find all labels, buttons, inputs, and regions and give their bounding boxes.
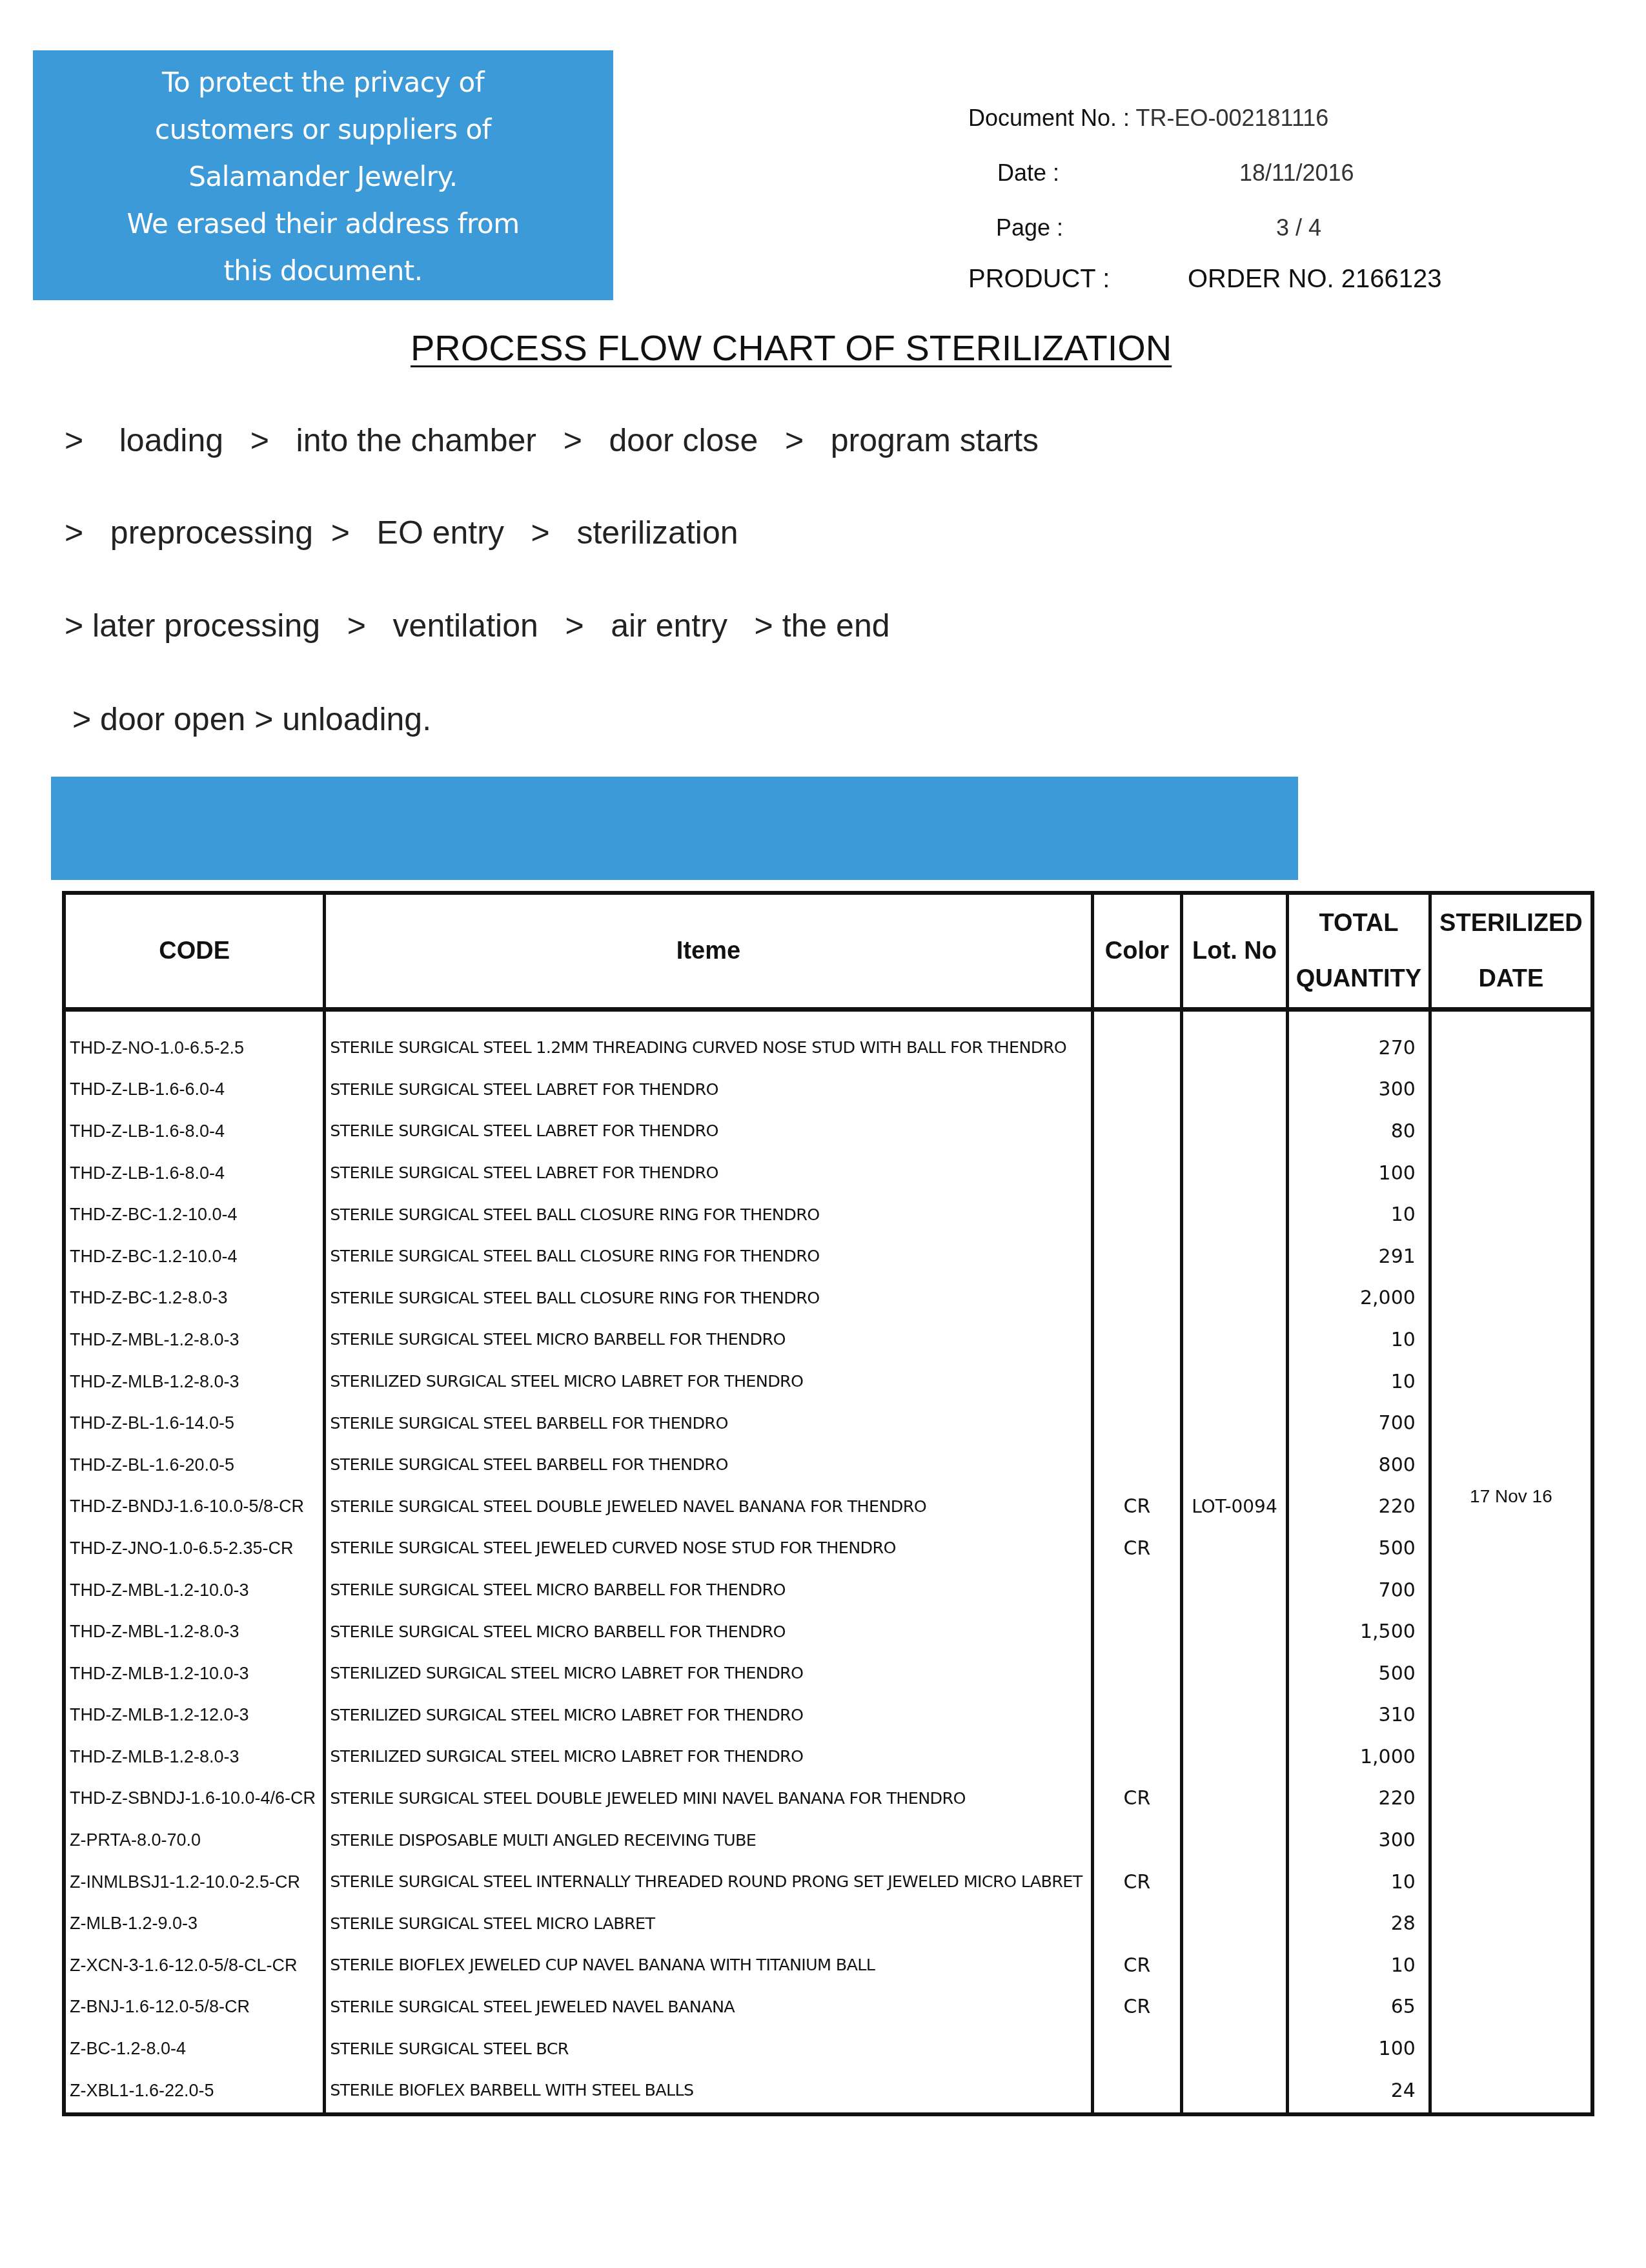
cell-total-quantity: 10 [1288,1361,1430,1403]
cell-color [1092,1319,1181,1361]
table-row: Z-XCN-3-1.6-12.0-5/8-CL-CRSTERILE BIOFLE… [64,1945,1592,1987]
document-number-value: TR-EO-002181116 [1135,105,1328,131]
cell-total-quantity: 100 [1288,2028,1430,2070]
table-row: THD-Z-MLB-1.2-8.0-3STERILIZED SURGICAL S… [64,1361,1592,1403]
table-row: THD-Z-SBNDJ-1.6-10.0-4/6-CRSTERILE SURGI… [64,1778,1592,1820]
cell-color [1092,1611,1181,1653]
table-row: THD-Z-BC-1.2-8.0-3STERILE SURGICAL STEEL… [64,1278,1592,1320]
cell-lot-no: LOT-0094 [1181,1486,1287,1528]
product-value: ORDER NO. 2166123 [1188,265,1442,294]
cell-color [1092,1361,1181,1403]
header-sterilized-date-line1: STERILIZED [1432,895,1590,951]
cell-color: CR [1092,1945,1181,1987]
cell-sterilized-date [1430,1861,1592,1903]
cell-item: STERILE SURGICAL STEEL DOUBLE JEWELED MI… [325,1778,1093,1820]
header-sterilized-date: STERILIZED DATE [1430,893,1592,1010]
cell-code: Z-BC-1.2-8.0-4 [64,2028,325,2070]
cell-color [1092,1236,1181,1278]
table-row: THD-Z-MBL-1.2-8.0-3STERILE SURGICAL STEE… [64,1319,1592,1361]
cell-lot-no [1181,1010,1287,1069]
cell-sterilized-date [1430,1010,1592,1069]
cell-sterilized-date [1430,1945,1592,1987]
cell-total-quantity: 220 [1288,1486,1430,1528]
table-row: Z-BC-1.2-8.0-4STERILE SURGICAL STEEL BCR… [64,2028,1592,2070]
cell-sterilized-date [1430,1611,1592,1653]
cell-item: STERILE SURGICAL STEEL INTERNALLY THREAD… [325,1861,1093,1903]
cell-color: CR [1092,1486,1181,1528]
table-row: Z-PRTA-8.0-70.0STERILE DISPOSABLE MULTI … [64,1819,1592,1861]
table-row: Z-BNJ-1.6-12.0-5/8-CRSTERILE SURGICAL ST… [64,1987,1592,2028]
process-flow-line: > preprocessing > EO entry > sterilizati… [65,514,738,551]
cell-code: THD-Z-NO-1.0-6.5-2.5 [64,1010,325,1069]
cell-lot-no [1181,1361,1287,1403]
cell-lot-no [1181,1611,1287,1653]
cell-item: STERILIZED SURGICAL STEEL MICRO LABRET F… [325,1736,1093,1778]
cell-sterilized-date [1430,1778,1592,1820]
cell-sterilized-date [1430,1987,1592,2028]
cell-item: STERILIZED SURGICAL STEEL MICRO LABRET F… [325,1653,1093,1695]
cell-sterilized-date [1430,1236,1592,1278]
header-total-quantity: TOTAL QUANTITY [1288,893,1430,1010]
cell-code: THD-Z-MLB-1.2-8.0-3 [64,1736,325,1778]
cell-code: THD-Z-SBNDJ-1.6-10.0-4/6-CR [64,1778,325,1820]
cell-sterilized-date [1430,1653,1592,1695]
page-title: PROCESS FLOW CHART OF STERILIZATION [411,327,1172,369]
cell-total-quantity: 800 [1288,1444,1430,1486]
cell-item: STERILE SURGICAL STEEL BARBELL FOR THEND… [325,1444,1093,1486]
cell-code: Z-XCN-3-1.6-12.0-5/8-CL-CR [64,1945,325,1987]
cell-lot-no [1181,1903,1287,1945]
cell-item: STERILE SURGICAL STEEL BALL CLOSURE RING… [325,1236,1093,1278]
table-row: THD-Z-LB-1.6-6.0-4STERILE SURGICAL STEEL… [64,1069,1592,1111]
cell-total-quantity: 500 [1288,1653,1430,1695]
cell-color [1092,1110,1181,1152]
cell-lot-no [1181,1736,1287,1778]
cell-color [1092,1903,1181,1945]
header-total-quantity-line2: QUANTITY [1289,951,1428,1006]
table-row: THD-Z-NO-1.0-6.5-2.5STERILE SURGICAL STE… [64,1010,1592,1069]
sterilization-items-table: CODE Iteme Color Lot. No TOTAL QUANTITY … [62,891,1594,2116]
table-row: THD-Z-BL-1.6-14.0-5STERILE SURGICAL STEE… [64,1402,1592,1444]
cell-lot-no [1181,1861,1287,1903]
cell-item: STERILE SURGICAL STEEL MICRO BARBELL FOR… [325,1319,1093,1361]
cell-lot-no [1181,1194,1287,1236]
cell-total-quantity: 500 [1288,1527,1430,1569]
cell-color: CR [1092,1987,1181,2028]
privacy-notice-line: To protect the privacy of [33,59,613,106]
table-row: THD-Z-BC-1.2-10.0-4STERILE SURGICAL STEE… [64,1236,1592,1278]
cell-total-quantity: 700 [1288,1402,1430,1444]
cell-total-quantity: 10 [1288,1194,1430,1236]
cell-lot-no [1181,2070,1287,2115]
cell-lot-no [1181,1653,1287,1695]
cell-lot-no [1181,1444,1287,1486]
cell-code: THD-Z-LB-1.6-8.0-4 [64,1110,325,1152]
cell-color [1092,1069,1181,1111]
cell-total-quantity: 1,000 [1288,1736,1430,1778]
header-lot-no: Lot. No [1181,893,1287,1010]
page-value: 3 / 4 [1276,214,1321,241]
privacy-notice-line: this document. [33,247,613,294]
cell-code: THD-Z-BNDJ-1.6-10.0-5/8-CR [64,1486,325,1528]
cell-item: STERILE SURGICAL STEEL JEWELED CURVED NO… [325,1527,1093,1569]
privacy-notice-line: We erased their address from [33,200,613,247]
cell-sterilized-date [1430,1527,1592,1569]
cell-total-quantity: 10 [1288,1945,1430,1987]
cell-item: STERILE SURGICAL STEEL LABRET FOR THENDR… [325,1110,1093,1152]
table-row: THD-Z-BC-1.2-10.0-4STERILE SURGICAL STEE… [64,1194,1592,1236]
privacy-notice-line: Salamander Jewelry. [33,153,613,200]
cell-color: CR [1092,1778,1181,1820]
table-row: THD-Z-MBL-1.2-8.0-3STERILE SURGICAL STEE… [64,1611,1592,1653]
cell-item: STERILE BIOFLEX BARBELL WITH STEEL BALLS [325,2070,1093,2115]
privacy-notice-line: customers or suppliers of [33,106,613,153]
date-label: Date : [997,159,1059,187]
cell-color: CR [1092,1861,1181,1903]
date-value: 18/11/2016 [1239,159,1354,187]
table-row: THD-Z-MLB-1.2-10.0-3STERILIZED SURGICAL … [64,1653,1592,1695]
cell-code: THD-Z-MBL-1.2-8.0-3 [64,1319,325,1361]
cell-sterilized-date [1430,1110,1592,1152]
cell-color [1092,1736,1181,1778]
cell-sterilized-date [1430,1194,1592,1236]
cell-code: THD-Z-BL-1.6-20.0-5 [64,1444,325,1486]
table-row: THD-Z-MLB-1.2-12.0-3STERILIZED SURGICAL … [64,1695,1592,1737]
cell-item: STERILIZED SURGICAL STEEL MICRO LABRET F… [325,1695,1093,1737]
table-row: Z-INMLBSJ1-1.2-10.0-2.5-CRSTERILE SURGIC… [64,1861,1592,1903]
process-flow-line: > door open > unloading. [72,700,431,738]
cell-color [1092,2070,1181,2115]
product-label: PRODUCT : [968,265,1110,294]
cell-color [1092,1010,1181,1069]
document-number: Document No. : TR-EO-002181116 [968,105,1328,132]
cell-item: STERILIZED SURGICAL STEEL MICRO LABRET F… [325,1361,1093,1403]
cell-lot-no [1181,1527,1287,1569]
cell-item: STERILE SURGICAL STEEL BCR [325,2028,1093,2070]
cell-code: THD-Z-LB-1.6-8.0-4 [64,1152,325,1194]
cell-lot-no [1181,1695,1287,1737]
cell-sterilized-date [1430,1444,1592,1486]
cell-color [1092,1569,1181,1611]
cell-total-quantity: 10 [1288,1319,1430,1361]
cell-item: STERILE SURGICAL STEEL 1.2MM THREADING C… [325,1010,1093,1069]
cell-color [1092,1402,1181,1444]
cell-sterilized-date [1430,2028,1592,2070]
cell-sterilized-date [1430,1819,1592,1861]
cell-item: STERILE SURGICAL STEEL MICRO BARBELL FOR… [325,1611,1093,1653]
cell-code: THD-Z-MBL-1.2-10.0-3 [64,1569,325,1611]
cell-code: THD-Z-MLB-1.2-12.0-3 [64,1695,325,1737]
cell-total-quantity: 28 [1288,1903,1430,1945]
cell-sterilized-date [1430,1569,1592,1611]
cell-color [1092,1278,1181,1320]
cell-item: STERILE SURGICAL STEEL BALL CLOSURE RING… [325,1194,1093,1236]
cell-code: THD-Z-BC-1.2-8.0-3 [64,1278,325,1320]
header-sterilized-date-line2: DATE [1432,951,1590,1006]
table-row: Z-XBL1-1.6-22.0-5STERILE BIOFLEX BARBELL… [64,2070,1592,2115]
cell-code: Z-INMLBSJ1-1.2-10.0-2.5-CR [64,1861,325,1903]
cell-sterilized-date [1430,1069,1592,1111]
cell-code: Z-XBL1-1.6-22.0-5 [64,2070,325,2115]
header-color: Color [1092,893,1181,1010]
cell-color [1092,1653,1181,1695]
table-row: THD-Z-LB-1.6-8.0-4STERILE SURGICAL STEEL… [64,1152,1592,1194]
cell-item: STERILE SURGICAL STEEL BALL CLOSURE RING… [325,1278,1093,1320]
cell-total-quantity: 100 [1288,1152,1430,1194]
cell-code: THD-Z-MBL-1.2-8.0-3 [64,1611,325,1653]
cell-sterilized-date [1430,2070,1592,2115]
cell-lot-no [1181,1569,1287,1611]
cell-item: STERILE SURGICAL STEEL LABRET FOR THENDR… [325,1069,1093,1111]
cell-total-quantity: 700 [1288,1569,1430,1611]
cell-code: THD-Z-BL-1.6-14.0-5 [64,1402,325,1444]
cell-lot-no [1181,1987,1287,2028]
process-flow-line: > loading > into the chamber > door clos… [65,422,1039,459]
cell-item: STERILE DISPOSABLE MULTI ANGLED RECEIVIN… [325,1819,1093,1861]
cell-item: STERILE SURGICAL STEEL DOUBLE JEWELED NA… [325,1486,1093,1528]
page-label: Page : [996,214,1063,241]
cell-total-quantity: 300 [1288,1819,1430,1861]
cell-item: STERILE SURGICAL STEEL JEWELED NAVEL BAN… [325,1987,1093,2028]
cell-item: STERILE SURGICAL STEEL MICRO BARBELL FOR… [325,1569,1093,1611]
cell-sterilized-date [1430,1402,1592,1444]
table-row: THD-Z-MLB-1.2-8.0-3STERILIZED SURGICAL S… [64,1736,1592,1778]
table-row: THD-Z-BL-1.6-20.0-5STERILE SURGICAL STEE… [64,1444,1592,1486]
cell-color [1092,1444,1181,1486]
cell-lot-no [1181,2028,1287,2070]
cell-code: THD-Z-BC-1.2-10.0-4 [64,1236,325,1278]
cell-color [1092,2028,1181,2070]
cell-sterilized-date [1430,1695,1592,1737]
cell-code: THD-Z-BC-1.2-10.0-4 [64,1194,325,1236]
cell-lot-no [1181,1778,1287,1820]
cell-sterilized-date: 17 Nov 16 [1430,1486,1592,1528]
privacy-notice-box: To protect the privacy of customers or s… [33,50,613,300]
cell-lot-no [1181,1819,1287,1861]
cell-code: Z-PRTA-8.0-70.0 [64,1819,325,1861]
table-header-row: CODE Iteme Color Lot. No TOTAL QUANTITY … [64,893,1592,1010]
header-code: CODE [64,893,325,1010]
cell-total-quantity: 65 [1288,1987,1430,2028]
table-row: THD-Z-LB-1.6-8.0-4STERILE SURGICAL STEEL… [64,1110,1592,1152]
cell-total-quantity: 310 [1288,1695,1430,1737]
header-item: Iteme [325,893,1093,1010]
header-total-quantity-line1: TOTAL [1289,895,1428,951]
cell-item: STERILE SURGICAL STEEL BARBELL FOR THEND… [325,1402,1093,1444]
table-row: THD-Z-MBL-1.2-10.0-3STERILE SURGICAL STE… [64,1569,1592,1611]
cell-color: CR [1092,1527,1181,1569]
cell-lot-no [1181,1945,1287,1987]
cell-color [1092,1819,1181,1861]
cell-total-quantity: 2,000 [1288,1278,1430,1320]
cell-code: THD-Z-LB-1.6-6.0-4 [64,1069,325,1111]
table-body: THD-Z-NO-1.0-6.5-2.5STERILE SURGICAL STE… [64,1010,1592,2115]
cell-total-quantity: 291 [1288,1236,1430,1278]
cell-item: STERILE BIOFLEX JEWELED CUP NAVEL BANANA… [325,1945,1093,1987]
cell-lot-no [1181,1278,1287,1320]
process-flow-line: > later processing > ventilation > air e… [65,607,890,644]
table-row: THD-Z-BNDJ-1.6-10.0-5/8-CRSTERILE SURGIC… [64,1486,1592,1528]
cell-lot-no [1181,1069,1287,1111]
cell-sterilized-date [1430,1152,1592,1194]
cell-lot-no [1181,1402,1287,1444]
cell-sterilized-date [1430,1319,1592,1361]
cell-color [1092,1194,1181,1236]
cell-code: THD-Z-MLB-1.2-10.0-3 [64,1653,325,1695]
cell-total-quantity: 10 [1288,1861,1430,1903]
cell-color [1092,1695,1181,1737]
cell-total-quantity: 300 [1288,1069,1430,1111]
cell-code: Z-BNJ-1.6-12.0-5/8-CR [64,1987,325,2028]
cell-lot-no [1181,1110,1287,1152]
cell-lot-no [1181,1152,1287,1194]
redaction-banner [51,777,1298,880]
cell-lot-no [1181,1319,1287,1361]
cell-sterilized-date [1430,1736,1592,1778]
cell-sterilized-date [1430,1361,1592,1403]
cell-color [1092,1152,1181,1194]
cell-sterilized-date [1430,1903,1592,1945]
cell-total-quantity: 80 [1288,1110,1430,1152]
cell-code: THD-Z-MLB-1.2-8.0-3 [64,1361,325,1403]
cell-sterilized-date [1430,1278,1592,1320]
cell-code: THD-Z-JNO-1.0-6.5-2.35-CR [64,1527,325,1569]
cell-total-quantity: 1,500 [1288,1611,1430,1653]
cell-code: Z-MLB-1.2-9.0-3 [64,1903,325,1945]
table-row: Z-MLB-1.2-9.0-3STERILE SURGICAL STEEL MI… [64,1903,1592,1945]
cell-item: STERILE SURGICAL STEEL MICRO LABRET [325,1903,1093,1945]
cell-total-quantity: 220 [1288,1778,1430,1820]
cell-total-quantity: 24 [1288,2070,1430,2115]
document-number-label: Document No. : [968,105,1130,131]
table-row: THD-Z-JNO-1.0-6.5-2.35-CRSTERILE SURGICA… [64,1527,1592,1569]
cell-total-quantity: 270 [1288,1010,1430,1069]
cell-item: STERILE SURGICAL STEEL LABRET FOR THENDR… [325,1152,1093,1194]
cell-lot-no [1181,1236,1287,1278]
